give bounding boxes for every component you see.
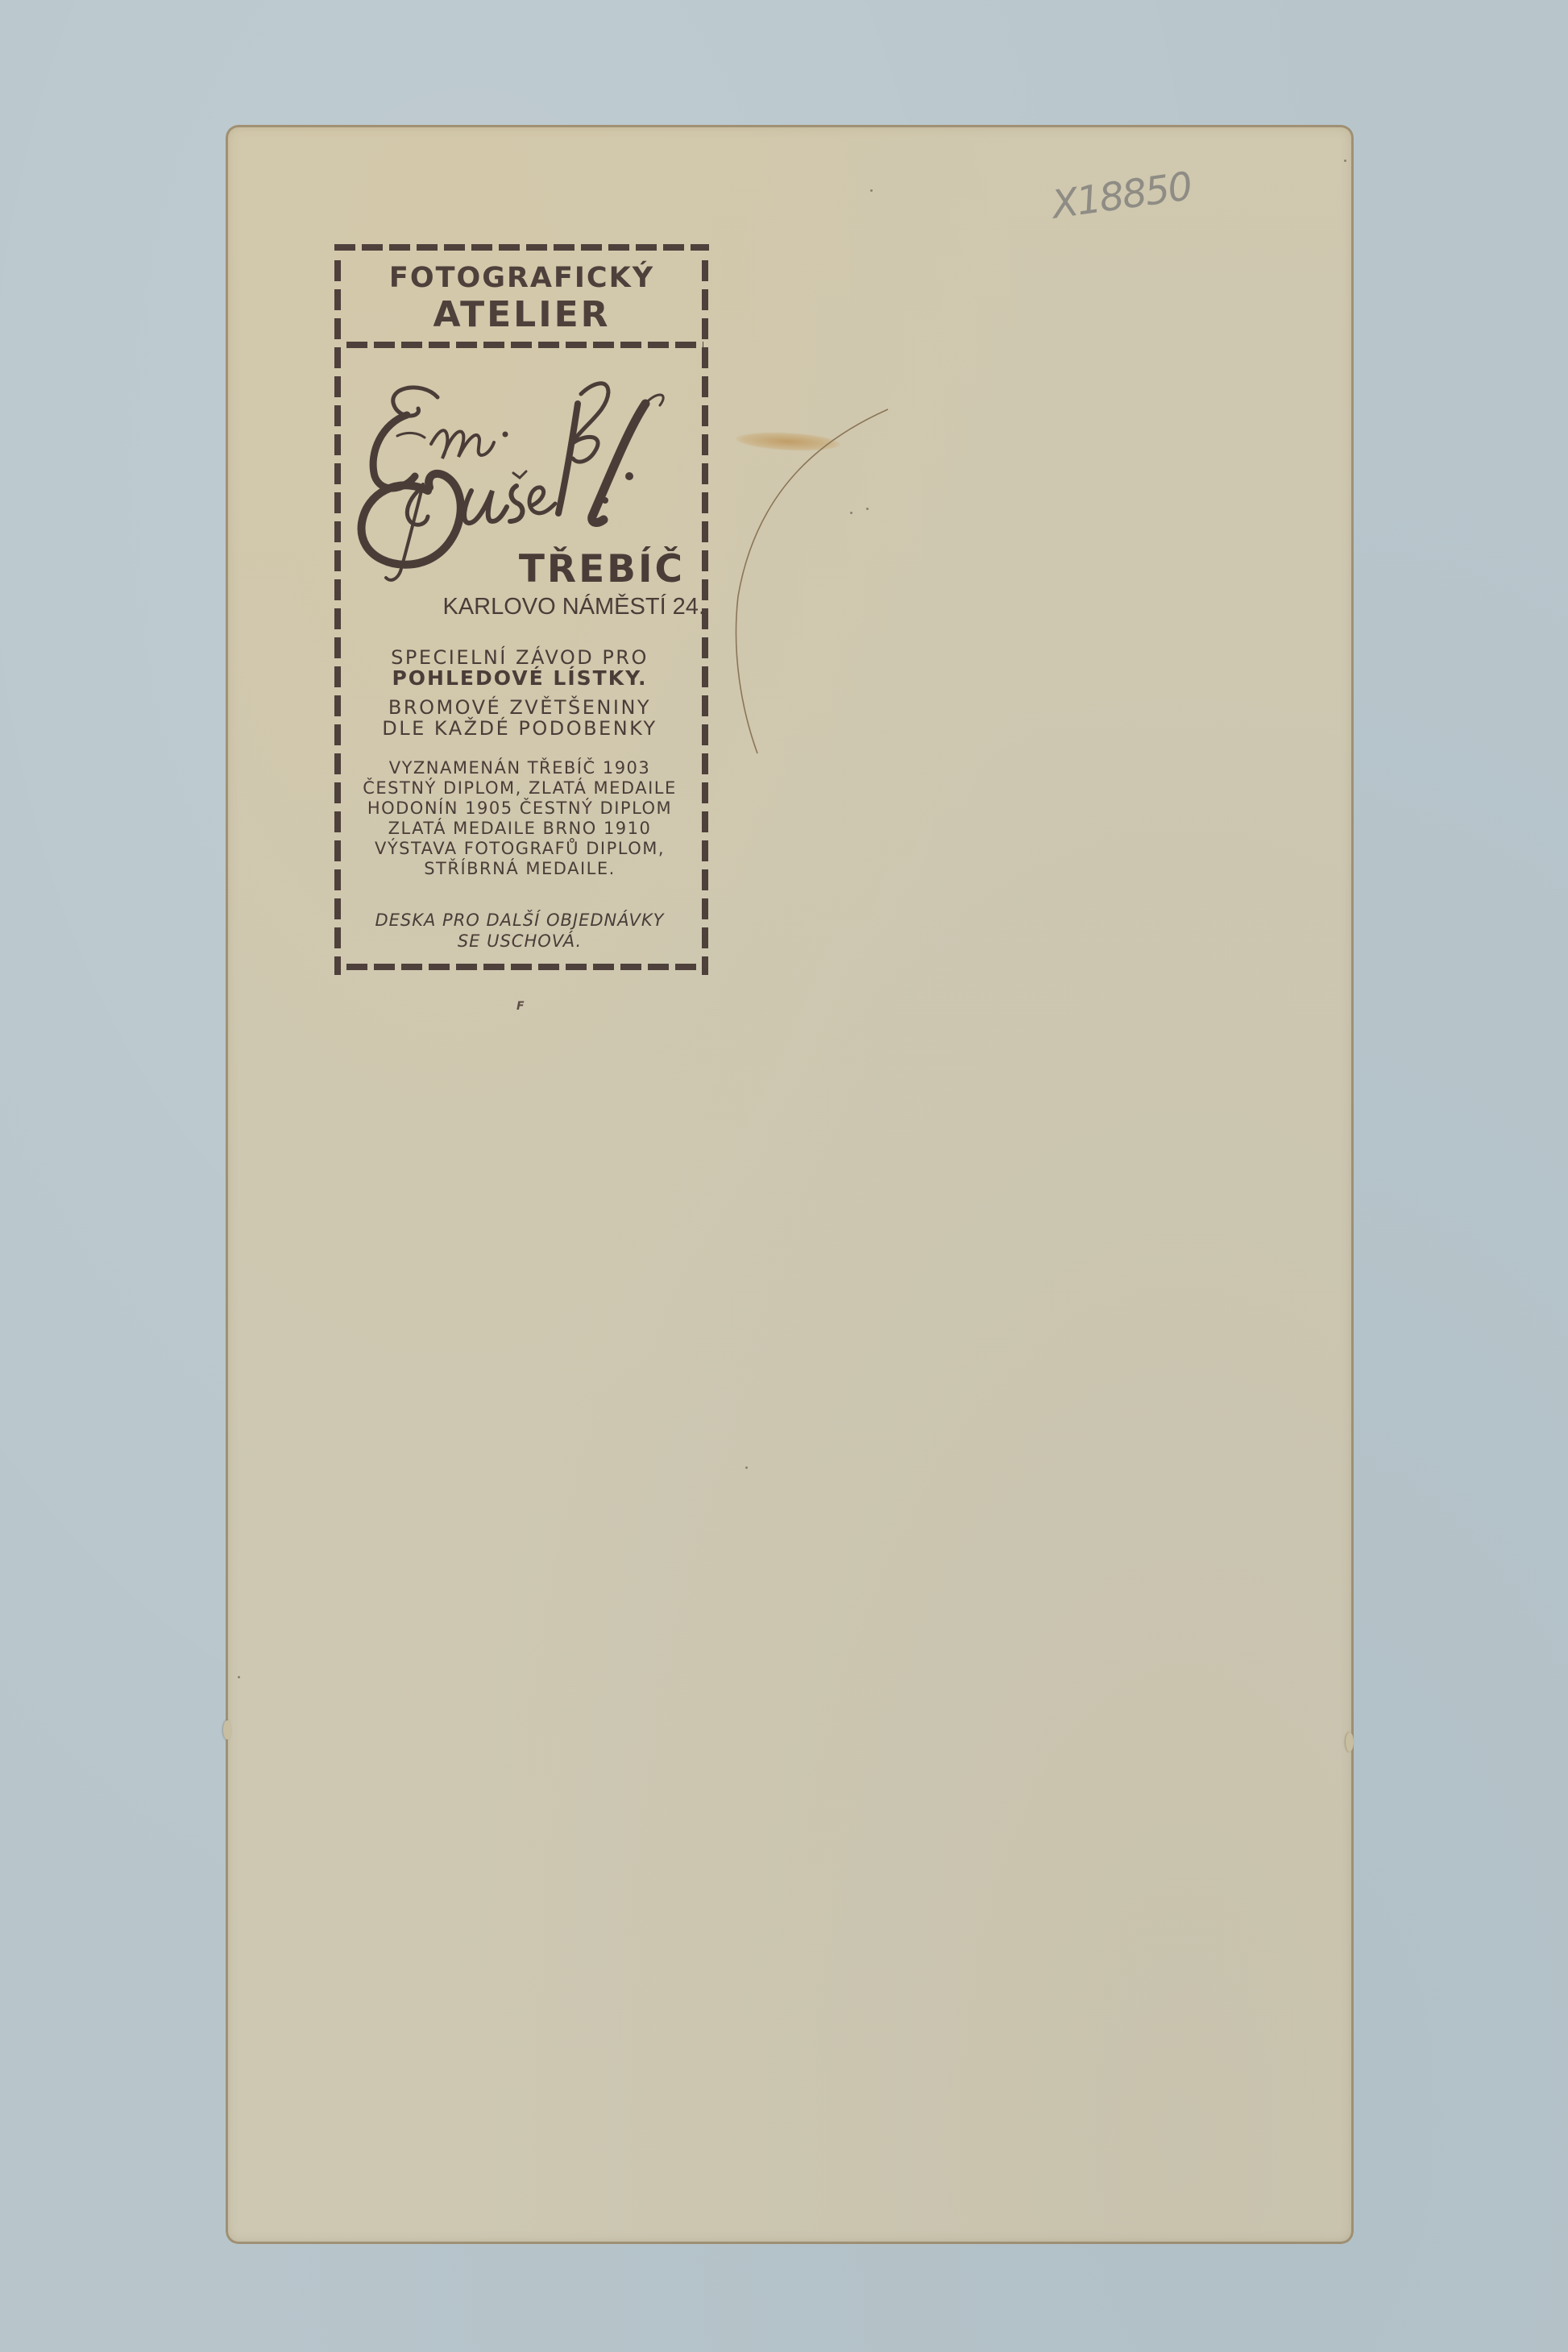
dust-speck (870, 189, 873, 192)
dust-speck (745, 1466, 748, 1469)
service-line: SPECIELNÍ ZÁVOD PRO (355, 647, 685, 668)
dust-speck (1344, 160, 1346, 162)
notice-line: DESKA PRO DALŠÍ OBJEDNÁVKY (355, 910, 685, 931)
photographer-stamp: FOTOGRAFICKÝ ATELIER (334, 244, 709, 975)
service-line: BROMOVÉ ZVĚTŠENINY (355, 697, 685, 718)
award-line: HODONÍN 1905 ČESTNÝ DIPLOM (355, 799, 685, 819)
stamp-bottom-border (346, 964, 703, 970)
award-line: VYZNAMENÁN TŘEBÍČ 1903 (355, 758, 685, 778)
stamp-header-line-1: FOTOGRAFICKÝ (334, 262, 709, 294)
services-block: SPECIELNÍ ZÁVOD PRO POHLEDOVÉ LÍSTKY. BR… (355, 647, 685, 739)
notice-block: DESKA PRO DALŠÍ OBJEDNÁVKY SE USCHOVÁ. (355, 910, 685, 952)
edge-nick (223, 1720, 231, 1740)
award-line: ČESTNÝ DIPLOM, ZLATÁ MEDAILE (355, 778, 685, 799)
dust-speck (238, 1676, 240, 1678)
award-line: VÝSTAVA FOTOGRAFŮ DIPLOM, (355, 839, 685, 859)
award-line: ZLATÁ MEDAILE BRNO 1910 (355, 819, 685, 839)
studio-address: KARLOVO NÁMĚSTÍ 24. (431, 594, 705, 620)
awards-block: VYZNAMENÁN TŘEBÍČ 1903 ČESTNÝ DIPLOM, ZL… (355, 758, 685, 879)
stamp-left-border (334, 260, 341, 975)
notice-line: SE USCHOVÁ. (355, 931, 685, 952)
dust-speck (850, 512, 852, 514)
edge-nick (1346, 1732, 1354, 1752)
stamp-top-border (334, 244, 709, 251)
stamp-divider (346, 342, 703, 348)
award-line: STŘÍBRNÁ MEDAILE. (355, 859, 685, 879)
service-line: DLE KAŽDÉ PODOBENKY (355, 718, 685, 739)
city-name: TŘEBÍČ (475, 547, 685, 591)
printer-mark: F (516, 1000, 525, 1013)
stamp-header-line-2: ATELIER (334, 294, 709, 335)
dust-speck (866, 508, 869, 510)
service-line: POHLEDOVÉ LÍSTKY. (355, 668, 685, 689)
